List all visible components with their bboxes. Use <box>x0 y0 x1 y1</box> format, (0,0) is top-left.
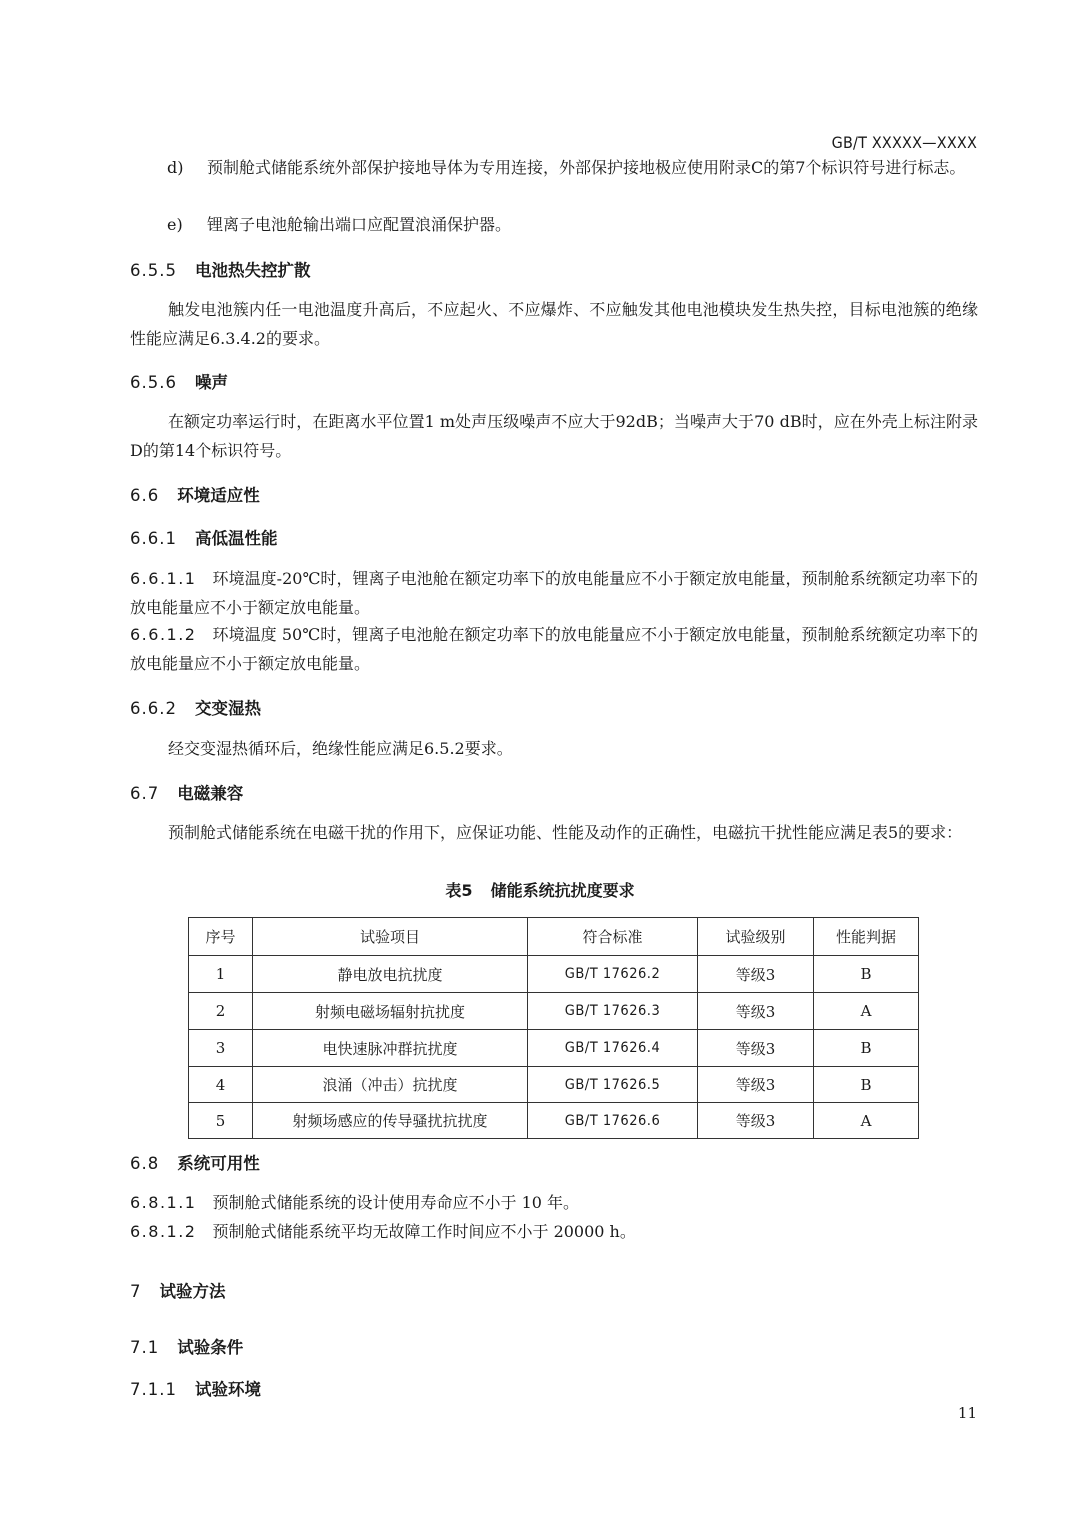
header-test-level: 试验级别 <box>698 918 814 956</box>
cell-seq: 4 <box>189 1067 253 1103</box>
section-title: 试验条件 <box>177 1338 243 1357</box>
section-number: 6.7 <box>130 784 159 803</box>
clause-6-8-1-1: 6.8.1.1预制舱式储能系统的设计使用寿命应不小于 10 年。 <box>130 1188 978 1217</box>
cell-standard: GB/T 17626.3 <box>528 993 698 1030</box>
table-caption: 表5储能系统抗扰度要求 <box>0 878 1080 901</box>
clause-6-6-1-2: 6.6.1.2环境温度 50℃时，锂离子电池舱在额定功率下的放电能量应不小于额定… <box>130 620 978 678</box>
section-heading-7-1: 7.1试验条件 <box>130 1334 243 1358</box>
clause-text: 环境温度 50℃时，锂离子电池舱在额定功率下的放电能量应不小于额定放电能量，预制… <box>130 625 978 673</box>
table-title: 储能系统抗扰度要求 <box>491 881 635 900</box>
section-heading-6-5-6: 6.5.6噪声 <box>130 369 228 393</box>
section-title: 电池热失控扩散 <box>195 261 311 280</box>
cell-standard: GB/T 17626.2 <box>528 956 698 993</box>
cell-criterion: A <box>814 993 919 1030</box>
cell-test-level: 等级3 <box>698 1067 814 1103</box>
table-row: 4 浪涌（冲击）抗扰度 GB/T 17626.5 等级3 B <box>189 1067 919 1103</box>
header-seq: 序号 <box>189 918 253 956</box>
section-heading-6-8: 6.8系统可用性 <box>130 1150 260 1174</box>
section-number: 7.1.1 <box>130 1380 177 1399</box>
paragraph-thermal-runaway: 触发电池簇内任一电池温度升高后，不应起火、不应爆炸、不应触发其他电池模块发生热失… <box>130 295 978 353</box>
section-number: 6.6.2 <box>130 699 177 718</box>
page-number: 11 <box>958 1404 977 1422</box>
cell-test-item: 浪涌（冲击）抗扰度 <box>253 1067 528 1103</box>
cell-seq: 5 <box>189 1103 253 1139</box>
cell-test-item: 静电放电抗扰度 <box>253 956 528 993</box>
section-heading-6-6: 6.6环境适应性 <box>130 482 260 506</box>
section-number: 6.6 <box>130 486 159 505</box>
clause-number: 6.8.1.2 <box>130 1222 196 1241</box>
paragraph-emc: 预制舱式储能系统在电磁干扰的作用下，应保证功能、性能及动作的正确性，电磁抗干扰性… <box>130 818 978 847</box>
cell-standard: GB/T 17626.4 <box>528 1030 698 1067</box>
cell-standard: GB/T 17626.5 <box>528 1067 698 1103</box>
section-heading-7-1-1: 7.1.1试验环境 <box>130 1376 261 1400</box>
list-item-d: d) 预制舱式储能系统外部保护接地导体为专用连接，外部保护接地极应使用附录C的第… <box>167 153 978 182</box>
section-title: 试验方法 <box>160 1282 226 1301</box>
list-marker: d) <box>167 153 183 182</box>
section-heading-6-6-2: 6.6.2交变湿热 <box>130 695 261 719</box>
cell-test-level: 等级3 <box>698 956 814 993</box>
section-heading-6-5-5: 6.5.5电池热失控扩散 <box>130 257 310 281</box>
section-number: 6.5.5 <box>130 261 177 280</box>
cell-test-item: 射频电磁场辐射抗扰度 <box>253 993 528 1030</box>
table-row: 5 射频场感应的传导骚扰抗扰度 GB/T 17626.6 等级3 A <box>189 1103 919 1139</box>
section-number: 7 <box>130 1282 142 1301</box>
section-title: 噪声 <box>195 373 228 392</box>
document-page: GB/T XXXXX—XXXX d) 预制舱式储能系统外部保护接地导体为专用连接… <box>0 0 1080 1527</box>
paragraph-noise: 在额定功率运行时，在距离水平位置1 m处声压级噪声不应大于92dB；当噪声大于7… <box>130 407 978 465</box>
section-title: 系统可用性 <box>177 1154 260 1173</box>
cell-seq: 1 <box>189 956 253 993</box>
list-text: 预制舱式储能系统外部保护接地导体为专用连接，外部保护接地极应使用附录C的第7个标… <box>207 153 978 182</box>
paragraph-damp-heat: 经交变湿热循环后，绝缘性能应满足6.5.2要求。 <box>130 734 978 763</box>
clause-6-6-1-1: 6.6.1.1环境温度-20℃时，锂离子电池舱在额定功率下的放电能量应不小于额定… <box>130 564 978 622</box>
cell-test-item: 射频场感应的传导骚扰抗扰度 <box>253 1103 528 1139</box>
section-title: 高低温性能 <box>195 529 278 548</box>
cell-test-level: 等级3 <box>698 1103 814 1139</box>
clause-text: 预制舱式储能系统平均无故障工作时间应不小于 20000 h。 <box>212 1222 635 1241</box>
table-row: 2 射频电磁场辐射抗扰度 GB/T 17626.3 等级3 A <box>189 993 919 1030</box>
cell-criterion: B <box>814 1030 919 1067</box>
section-title: 环境适应性 <box>177 486 260 505</box>
list-marker: e) <box>167 210 183 239</box>
clause-number: 6.6.1.2 <box>130 625 196 644</box>
cell-test-level: 等级3 <box>698 1030 814 1067</box>
clause-6-8-1-2: 6.8.1.2预制舱式储能系统平均无故障工作时间应不小于 20000 h。 <box>130 1217 978 1246</box>
clause-text: 预制舱式储能系统的设计使用寿命应不小于 10 年。 <box>212 1193 579 1212</box>
section-title: 交变湿热 <box>195 699 261 718</box>
emc-immunity-table: 序号 试验项目 符合标准 试验级别 性能判据 1 静电放电抗扰度 GB/T 17… <box>188 917 919 1139</box>
header-standard: 符合标准 <box>528 918 698 956</box>
cell-test-item: 电快速脉冲群抗扰度 <box>253 1030 528 1067</box>
cell-test-level: 等级3 <box>698 993 814 1030</box>
clause-number: 6.8.1.1 <box>130 1193 196 1212</box>
table-row: 3 电快速脉冲群抗扰度 GB/T 17626.4 等级3 B <box>189 1030 919 1067</box>
cell-standard: GB/T 17626.6 <box>528 1103 698 1139</box>
section-heading-6-7: 6.7电磁兼容 <box>130 780 243 804</box>
chapter-heading-7: 7试验方法 <box>130 1278 226 1302</box>
section-number: 6.8 <box>130 1154 159 1173</box>
list-text: 锂离子电池舱输出端口应配置浪涌保护器。 <box>207 210 978 239</box>
list-item-e: e) 锂离子电池舱输出端口应配置浪涌保护器。 <box>167 210 978 239</box>
clause-text: 环境温度-20℃时，锂离子电池舱在额定功率下的放电能量应不小于额定放电能量，预制… <box>130 569 978 617</box>
section-heading-6-6-1: 6.6.1高低温性能 <box>130 525 277 549</box>
table-number: 表5 <box>445 881 472 900</box>
section-number: 6.6.1 <box>130 529 177 548</box>
cell-criterion: A <box>814 1103 919 1139</box>
table-row: 1 静电放电抗扰度 GB/T 17626.2 等级3 B <box>189 956 919 993</box>
section-number: 7.1 <box>130 1338 159 1357</box>
cell-seq: 2 <box>189 993 253 1030</box>
section-number: 6.5.6 <box>130 373 177 392</box>
section-title: 试验环境 <box>195 1380 261 1399</box>
cell-seq: 3 <box>189 1030 253 1067</box>
standard-code-header: GB/T XXXXX—XXXX <box>832 133 977 152</box>
header-test-item: 试验项目 <box>253 918 528 956</box>
table-header-row: 序号 试验项目 符合标准 试验级别 性能判据 <box>189 918 919 956</box>
cell-criterion: B <box>814 1067 919 1103</box>
cell-criterion: B <box>814 956 919 993</box>
header-criterion: 性能判据 <box>814 918 919 956</box>
clause-number: 6.6.1.1 <box>130 569 196 588</box>
section-title: 电磁兼容 <box>177 784 243 803</box>
